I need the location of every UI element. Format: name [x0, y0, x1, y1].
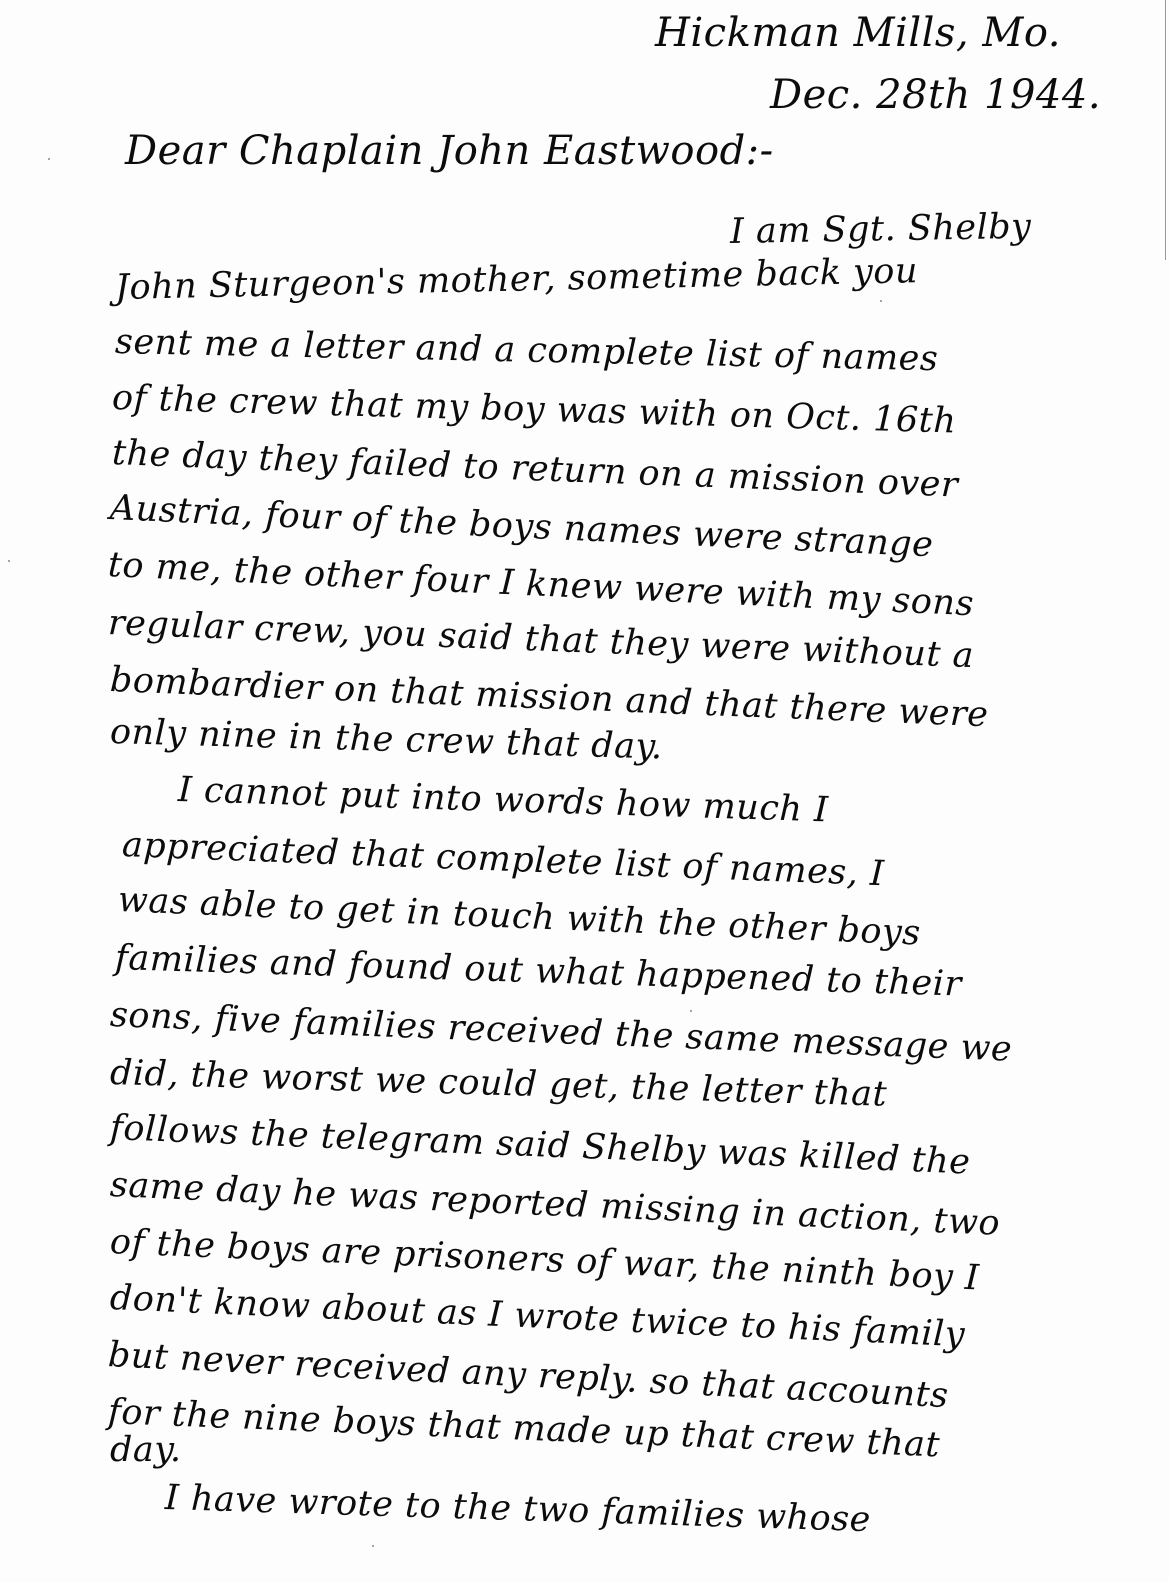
letter-line: I am Sgt. Shelby	[730, 207, 1032, 252]
letter-line: I have wrote to the two families whose	[164, 1478, 871, 1540]
scan-speck	[880, 300, 882, 302]
letter-heading-place: Hickman Mills, Mo.	[655, 10, 1061, 56]
letter-line: day.	[110, 1430, 182, 1470]
letter-line: appreciated that complete list of names,…	[121, 825, 885, 894]
letter-line: of the crew that my boy was with on Oct.…	[111, 378, 956, 442]
letter-line: I cannot put into words how much I	[177, 770, 829, 830]
scan-speck	[372, 1545, 374, 1547]
letter-line: sent me a letter and a complete list of …	[115, 322, 939, 379]
letter-salutation: Dear Chaplain John Eastwood:-	[125, 128, 774, 174]
letter-page: Hickman Mills, Mo. Dec. 28th 1944. Dear …	[0, 0, 1169, 1582]
letter-line: John Sturgeon's mother, sometime back yo…	[115, 251, 919, 308]
scan-speck	[8, 560, 10, 562]
letter-line: only nine in the crew that day.	[109, 712, 663, 767]
scan-speck	[690, 1010, 692, 1012]
letter-line: did, the worst we could get, the letter …	[109, 1053, 887, 1115]
scan-speck	[48, 158, 50, 160]
letter-heading-date: Dec. 28th 1944.	[770, 72, 1101, 118]
scan-edge-line	[1165, 0, 1166, 260]
